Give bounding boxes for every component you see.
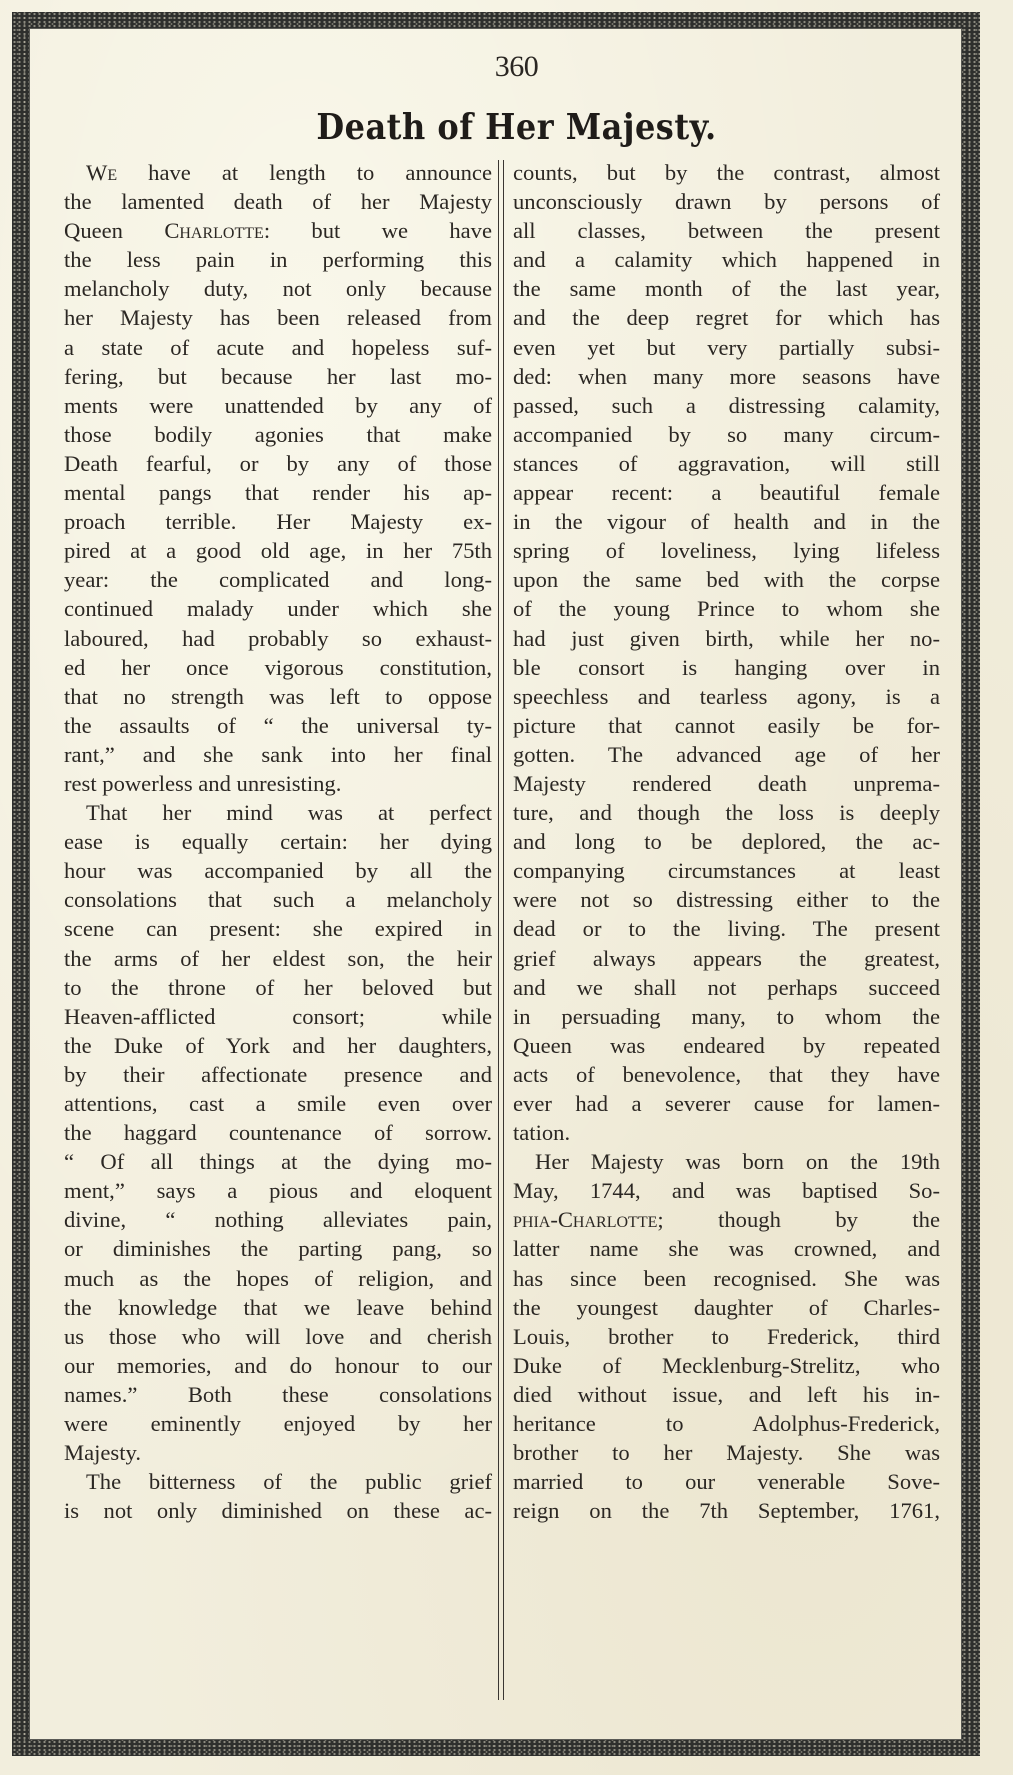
column-divider-rule [498,160,504,1700]
text-line: rest powerless and unresisting. [64,769,492,798]
page: 360 Death of Her Majesty. We have at len… [0,0,1013,1775]
text-line: dead or to the living. The present [513,914,940,943]
text-line: the youngest daughter of Charles- [513,1293,940,1322]
text-line: Louis, brother to Frederick, third [513,1322,940,1351]
text-line: companying circumstances at least [513,856,940,885]
text-line: Queen Charlotte: but we have [64,216,492,245]
text-line: ease is equally certain: her dying [64,827,492,856]
text-line: The bitterness of the public grief [64,1467,492,1496]
text-line: us those who will love and cherish [64,1322,492,1351]
text-line: were eminently enjoyed by her [64,1409,492,1438]
text-line: the Duke of York and her daughters, [64,1031,492,1060]
text-line: much as the hopes of religion, and [64,1264,492,1293]
text-line: Her Majesty was born on the 19th [513,1147,940,1176]
text-line: year: the complicated and long- [64,565,492,594]
text-line: even yet but very partially subsi- [513,333,940,362]
text-line: our memories, and do honour to our [64,1351,492,1380]
text-line: melancholy duty, not only because [64,274,492,303]
text-line: those bodily agonies that make [64,420,492,449]
text-line: divine, “ nothing alleviates pain, [64,1205,492,1234]
text-line: passed, such a distressing calamity, [513,391,940,420]
text-line: We have at length to announce [64,158,492,187]
text-line: died without issue, and left his in- [513,1380,940,1409]
text-line: reign on the 7th September, 1761, [513,1496,940,1525]
text-line: the arms of her eldest son, the heir [64,944,492,973]
text-line: names.” Both these consolations [64,1380,492,1409]
text-line: phia-Charlotte; though by the [513,1205,940,1234]
text-line: heritance to Adolphus-Frederick, [513,1409,940,1438]
text-line: the less pain in performing this [64,245,492,274]
text-line: ded: when many more seasons have [513,362,940,391]
text-line: ble consort is hanging over in [513,653,940,682]
text-line: Majesty. [64,1438,492,1467]
right-column: counts, but by the contrast, almostuncon… [513,158,940,1525]
text-line: in persuading many, to whom the [513,1002,940,1031]
text-line: consolations that such a melancholy [64,885,492,914]
text-line: by their affectionate presence and [64,1060,492,1089]
text-line: speechless and tearless agony, is a [513,682,940,711]
text-line: continued malady under which she [64,594,492,623]
text-line: Duke of Mecklenburg-Strelitz, who [513,1351,940,1380]
text-line: the haggard countenance of sorrow. [64,1118,492,1147]
text-line: “ Of all things at the dying mo- [64,1147,492,1176]
text-line: all classes, between the present [513,216,940,245]
text-line: that no strength was left to oppose [64,682,492,711]
text-line: and long to be deplored, the ac- [513,827,940,856]
text-line: or diminishes the parting pang, so [64,1234,492,1263]
text-line: and the deep regret for which has [513,303,940,332]
text-line: rant,” and she sank into her final [64,740,492,769]
text-line: mental pangs that render his ap- [64,478,492,507]
text-line: ments were unattended by any of [64,391,492,420]
text-line: were not so distressing either to the [513,885,940,914]
text-line: and a calamity which happened in [513,245,940,274]
text-line: to the throne of her beloved but [64,973,492,1002]
text-line: counts, but by the contrast, almost [513,158,940,187]
text-line: the lamented death of her Majesty [64,187,492,216]
text-line: acts of benevolence, that they have [513,1060,940,1089]
text-line: May, 1744, and was baptised So- [513,1176,940,1205]
text-line: scene can present: she expired in [64,914,492,943]
text-line: Majesty rendered death unprema- [513,769,940,798]
text-line: the same month of the last year, [513,274,940,303]
text-line: pired at a good old age, in her 75th [64,536,492,565]
text-line: of the young Prince to whom she [513,594,940,623]
text-line: That her mind was at perfect [64,798,492,827]
text-line: in the vigour of health and in the [513,507,940,536]
text-line: fering, but because her last mo- [64,362,492,391]
text-line: picture that cannot easily be for- [513,711,940,740]
text-line: proach terrible. Her Majesty ex- [64,507,492,536]
text-line: Death fearful, or by any of those [64,449,492,478]
text-line: stances of aggravation, will still [513,449,940,478]
text-line: Heaven-afflicted consort; while [64,1002,492,1031]
text-line: accompanied by so many circum- [513,420,940,449]
text-line: hour was accompanied by all the [64,856,492,885]
text-line: the knowledge that we leave behind [64,1293,492,1322]
text-line: upon the same bed with the corpse [513,565,940,594]
text-line: unconsciously drawn by persons of [513,187,940,216]
text-line: attentions, cast a smile even over [64,1089,492,1118]
text-line: latter name she was crowned, and [513,1234,940,1263]
text-line: and we shall not perhaps succeed [513,973,940,1002]
article-title: Death of Her Majesty. [0,106,1013,148]
text-line: a state of acute and hopeless suf- [64,333,492,362]
text-line: married to our venerable Sove- [513,1467,940,1496]
text-line: had just given birth, while her no- [513,624,940,653]
text-line: tation. [513,1118,940,1147]
text-line: her Majesty has been released from [64,303,492,332]
text-line: spring of loveliness, lying lifeless [513,536,940,565]
left-column: We have at length to announcethe lamente… [64,158,492,1525]
text-line: gotten. The advanced age of her [513,740,940,769]
text-line: Queen was endeared by repeated [513,1031,940,1060]
text-line: ment,” says a pious and eloquent [64,1176,492,1205]
text-line: brother to her Majesty. She was [513,1438,940,1467]
text-line: ed her once vigorous constitution, [64,653,492,682]
page-number: 360 [0,50,1013,84]
text-line: ever had a severer cause for lamen- [513,1089,940,1118]
text-line: laboured, had probably so exhaust- [64,624,492,653]
text-line: is not only diminished on these ac- [64,1496,492,1525]
text-line: grief always appears the greatest, [513,944,940,973]
text-line: ture, and though the loss is deeply [513,798,940,827]
text-line: has since been recognised. She was [513,1264,940,1293]
text-line: appear recent: a beautiful female [513,478,940,507]
text-line: the assaults of “ the universal ty- [64,711,492,740]
